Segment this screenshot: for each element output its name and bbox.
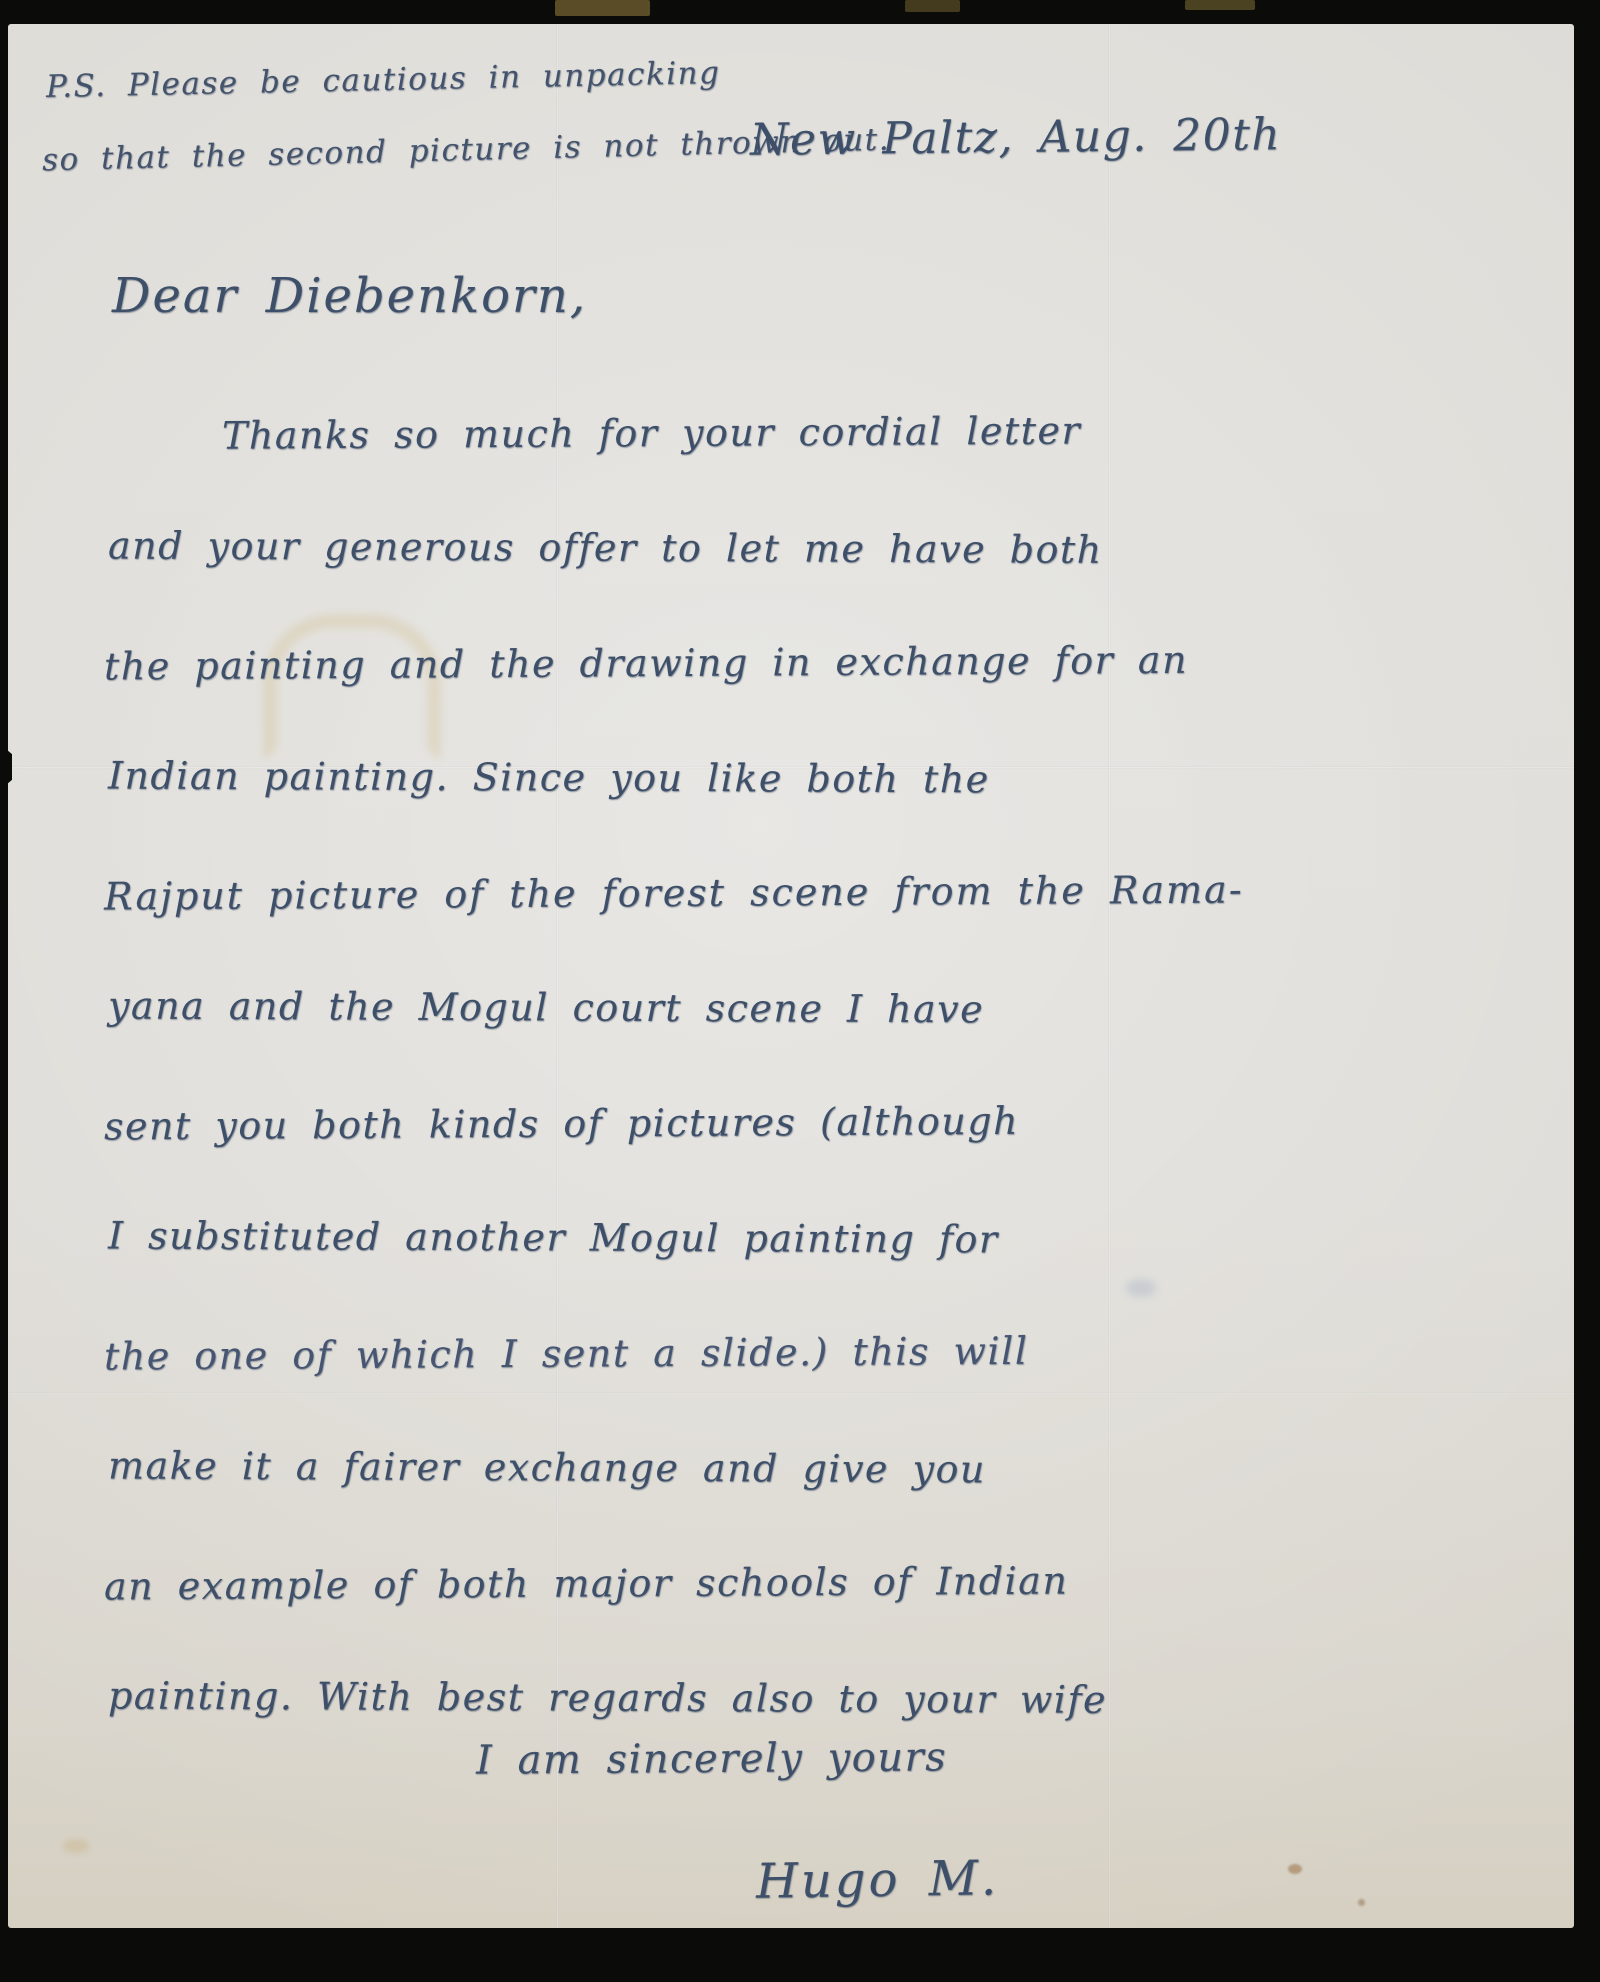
date-line: New Paltz, Aug. 20th xyxy=(750,109,1282,166)
body-line: make it a fairer exchange and give you xyxy=(108,1409,1248,1529)
tape-remnant xyxy=(905,0,960,12)
body-line: Rajput picture of the forest scene from … xyxy=(104,833,1244,955)
body-line: the one of which I sent a slide.) this w… xyxy=(104,1293,1244,1415)
body-line: I substituted another Mogul painting for xyxy=(108,1179,1248,1299)
paper-edge-notch xyxy=(0,744,12,790)
letter-body: Thanks so much for your cordial letter a… xyxy=(104,376,1244,1756)
letter-paper: P.S. Please be cautious in unpacking so … xyxy=(8,24,1574,1928)
signature: Hugo M. xyxy=(756,1850,1000,1909)
body-line: an example of both major schools of Indi… xyxy=(104,1523,1244,1645)
closing-line: I am sincerely yours xyxy=(476,1734,947,1783)
scanned-letter-photo: P.S. Please be cautious in unpacking so … xyxy=(0,0,1600,1982)
tape-remnant xyxy=(1185,0,1255,10)
salutation-line: Dear Diebenkorn, xyxy=(112,268,587,324)
paper-stain xyxy=(63,1839,89,1853)
body-line: yana and the Mogul court scene I have xyxy=(108,949,1248,1069)
tape-remnant xyxy=(555,0,650,16)
postscript-line-1: P.S. Please be cautious in unpacking xyxy=(46,55,721,105)
paper-stain xyxy=(1358,1899,1365,1906)
paper-stain xyxy=(1288,1864,1302,1874)
body-line: Thanks so much for your cordial letter xyxy=(104,373,1244,495)
body-line: Indian painting. Since you like both the xyxy=(108,719,1248,839)
body-line: sent you both kinds of pictures (althoug… xyxy=(104,1063,1244,1185)
body-line: and your generous offer to let me have b… xyxy=(108,489,1248,609)
body-line: the painting and the drawing in exchange… xyxy=(104,603,1244,725)
